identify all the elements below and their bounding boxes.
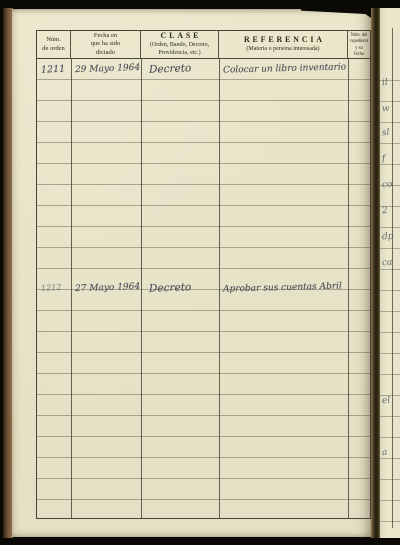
referencia-sublabel: (Materia o persona interesada) (246, 46, 319, 54)
handwriting-fragment: sl (382, 128, 390, 138)
adjacent-page-sliver: il w sl f co 2 dp ca el a (380, 8, 400, 538)
entry-reference: Aprobar sus cuentas Abril (223, 281, 342, 294)
book-gutter (371, 8, 380, 538)
handwriting-fragment: il (382, 78, 388, 88)
handwriting-fragment: a (382, 448, 388, 458)
ledger-entry: 1211 29 Mayo 1964 Decreto Colocar un lib… (37, 61, 370, 81)
handwriting-fragment: dp (382, 232, 394, 243)
column-header-num: Núm. de orden (37, 31, 71, 58)
adjacent-page-table-border (392, 28, 393, 528)
clase-sublabel: (Orden, Bando, Decreto, Providencia, etc… (150, 42, 209, 58)
column-header-referencia: REFERENCIA (Materia o persona interesada… (219, 31, 348, 58)
table-header-row: Núm. de orden Fecha en que ha sido dicta… (37, 31, 370, 59)
entry-number: 1212 (41, 282, 71, 293)
handwriting-fragment: 2 (382, 206, 388, 216)
entry-reference: Colocar un libro inventario (223, 62, 346, 75)
handwriting-fragment: f (382, 154, 386, 164)
handwriting-fragment: w (382, 104, 390, 115)
column-header-clase: CLASE (Orden, Bando, Decreto, Providenci… (141, 31, 219, 58)
entry-number: 1211 (41, 63, 72, 76)
registry-table: Núm. de orden Fecha en que ha sido dicta… (36, 30, 371, 519)
ruled-rows-area: 1211 29 Mayo 1964 Decreto Colocar un lib… (37, 59, 370, 518)
entry-class: Decreto (149, 62, 192, 75)
column-header-fecha: Fecha en que ha sido dictado (71, 31, 141, 58)
scanned-book-photo: Núm. de orden Fecha en que ha sido dicta… (0, 0, 400, 545)
ledger-entry: 1212 27 Mayo 1964 Decreto Aprobar sus cu… (37, 280, 370, 300)
column-header-expediente: Núm. del expediente y su fecha (350, 31, 368, 58)
entry-class: Decreto (149, 281, 192, 294)
page-corner-shadow (301, 9, 371, 18)
handwriting-fragment: ca (382, 258, 393, 269)
entry-date: 27 Mayo 1964 (75, 282, 140, 294)
clase-label: CLASE (158, 31, 201, 41)
handwriting-fragment: co (382, 180, 393, 191)
handwriting-fragment: el (382, 396, 391, 407)
ledger-page: Núm. de orden Fecha en que ha sido dicta… (12, 9, 371, 537)
entry-date: 29 Mayo 1964 (75, 63, 140, 75)
referencia-label: REFERENCIA (241, 35, 325, 45)
